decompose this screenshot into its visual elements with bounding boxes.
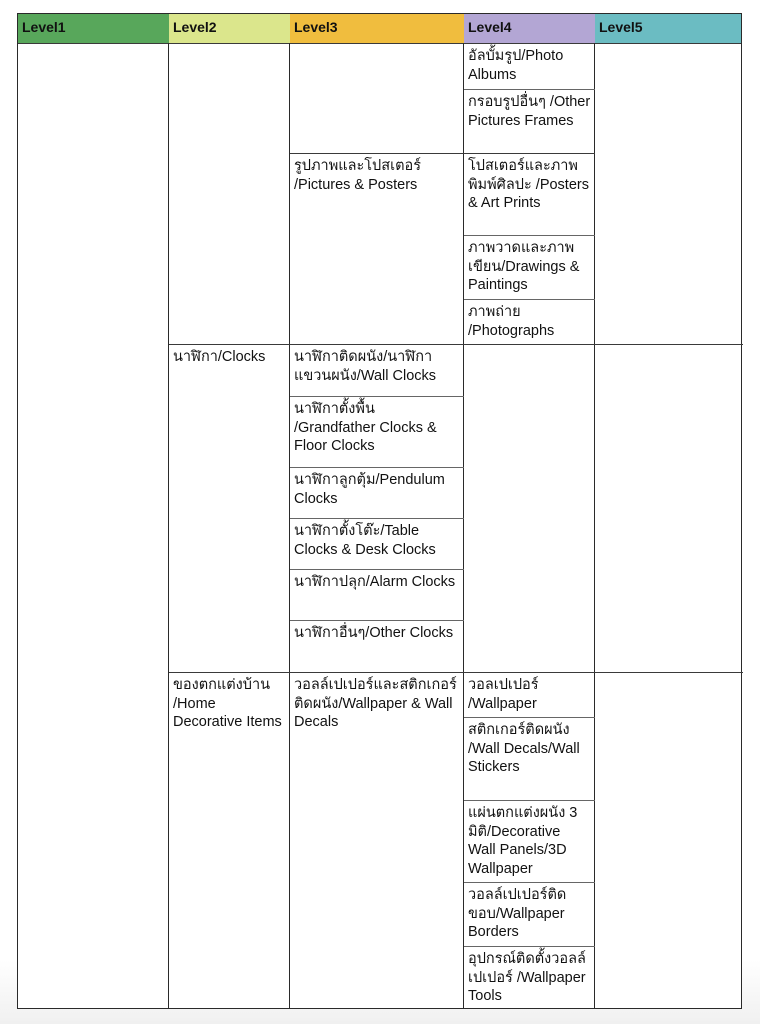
column-divider [168, 43, 169, 1008]
level4-cell-wall-stickers: สติกเกอร์ติดผนัง /Wall Decals/Wall Stick… [464, 718, 595, 777]
level4-cell-photographs: ภาพถ่าย /Photographs [464, 300, 595, 340]
level3-cell-wall-clocks: นาฬิกาติดผนัง/นาฬิกาแขวนผนัง/Wall Clocks [290, 345, 464, 385]
header-level4: Level4 [464, 14, 595, 44]
level2-cell-clocks: นาฬิกา/Clocks [169, 345, 290, 367]
level3-cell-other-clocks: นาฬิกาอื่นๆ/Other Clocks [290, 621, 464, 643]
level3-cell-wallpaper-decals: วอลล์เปเปอร์และสติกเกอร์ติดผนัง/Wallpape… [290, 673, 464, 732]
level3-cell-table-clocks: นาฬิกาตั้งโต๊ะ/Table Clocks & Desk Clock… [290, 519, 464, 559]
category-table: Level1 Level2 Level3 Level4 Level5 อัลบั… [17, 13, 742, 1009]
level2-cell-home-decor: ของตกแต่งบ้าน /Home Decorative Items [169, 673, 290, 732]
header-label: Level3 [294, 19, 338, 35]
level4-cell-drawings-paintings: ภาพวาดและภาพเขียน/Drawings & Paintings [464, 236, 595, 295]
level3-cell-alarm-clocks: นาฬิกาปลุก/Alarm Clocks [290, 570, 464, 592]
level4-cell-other-frames: กรอบรูปอื่นๆ /Other Pictures Frames [464, 90, 595, 130]
level4-cell-wallpaper-tools: อุปกรณ์ติดตั้งวอลล์เปเปอร์ /Wallpaper To… [464, 947, 595, 1006]
level4-cell-photo-albums: อัลบั้มรูป/Photo Albums [464, 44, 595, 84]
level4-cell-3d-panels: แผ่นตกแต่งผนัง 3 มิติ/Decorative Wall Pa… [464, 801, 595, 878]
level3-cell-pendulum-clocks: นาฬิกาลูกตุ้ม/Pendulum Clocks [290, 468, 464, 508]
level4-cell-wallpaper: วอลเปเปอร์ /Wallpaper [464, 673, 595, 713]
header-level5: Level5 [595, 14, 741, 44]
header-label: Level1 [22, 19, 66, 35]
header-label: Level4 [468, 19, 512, 35]
level3-cell-pictures-posters: รูปภาพและโปสเตอร์ /Pictures & Posters [290, 154, 464, 194]
header-label: Level2 [173, 19, 217, 35]
level4-cell-posters-art-prints: โปสเตอร์และภาพพิมพ์ศิลปะ /Posters & Art … [464, 154, 595, 213]
level4-cell-wallpaper-borders: วอลล์เปเปอร์ติดขอบ/Wallpaper Borders [464, 883, 595, 942]
header-level2: Level2 [169, 14, 290, 44]
header-label: Level5 [599, 19, 643, 35]
header-level1: Level1 [18, 14, 169, 44]
header-level3: Level3 [290, 14, 464, 44]
level3-cell-floor-clocks: นาฬิกาตั้งพื้น /Grandfather Clocks & Flo… [290, 397, 464, 456]
